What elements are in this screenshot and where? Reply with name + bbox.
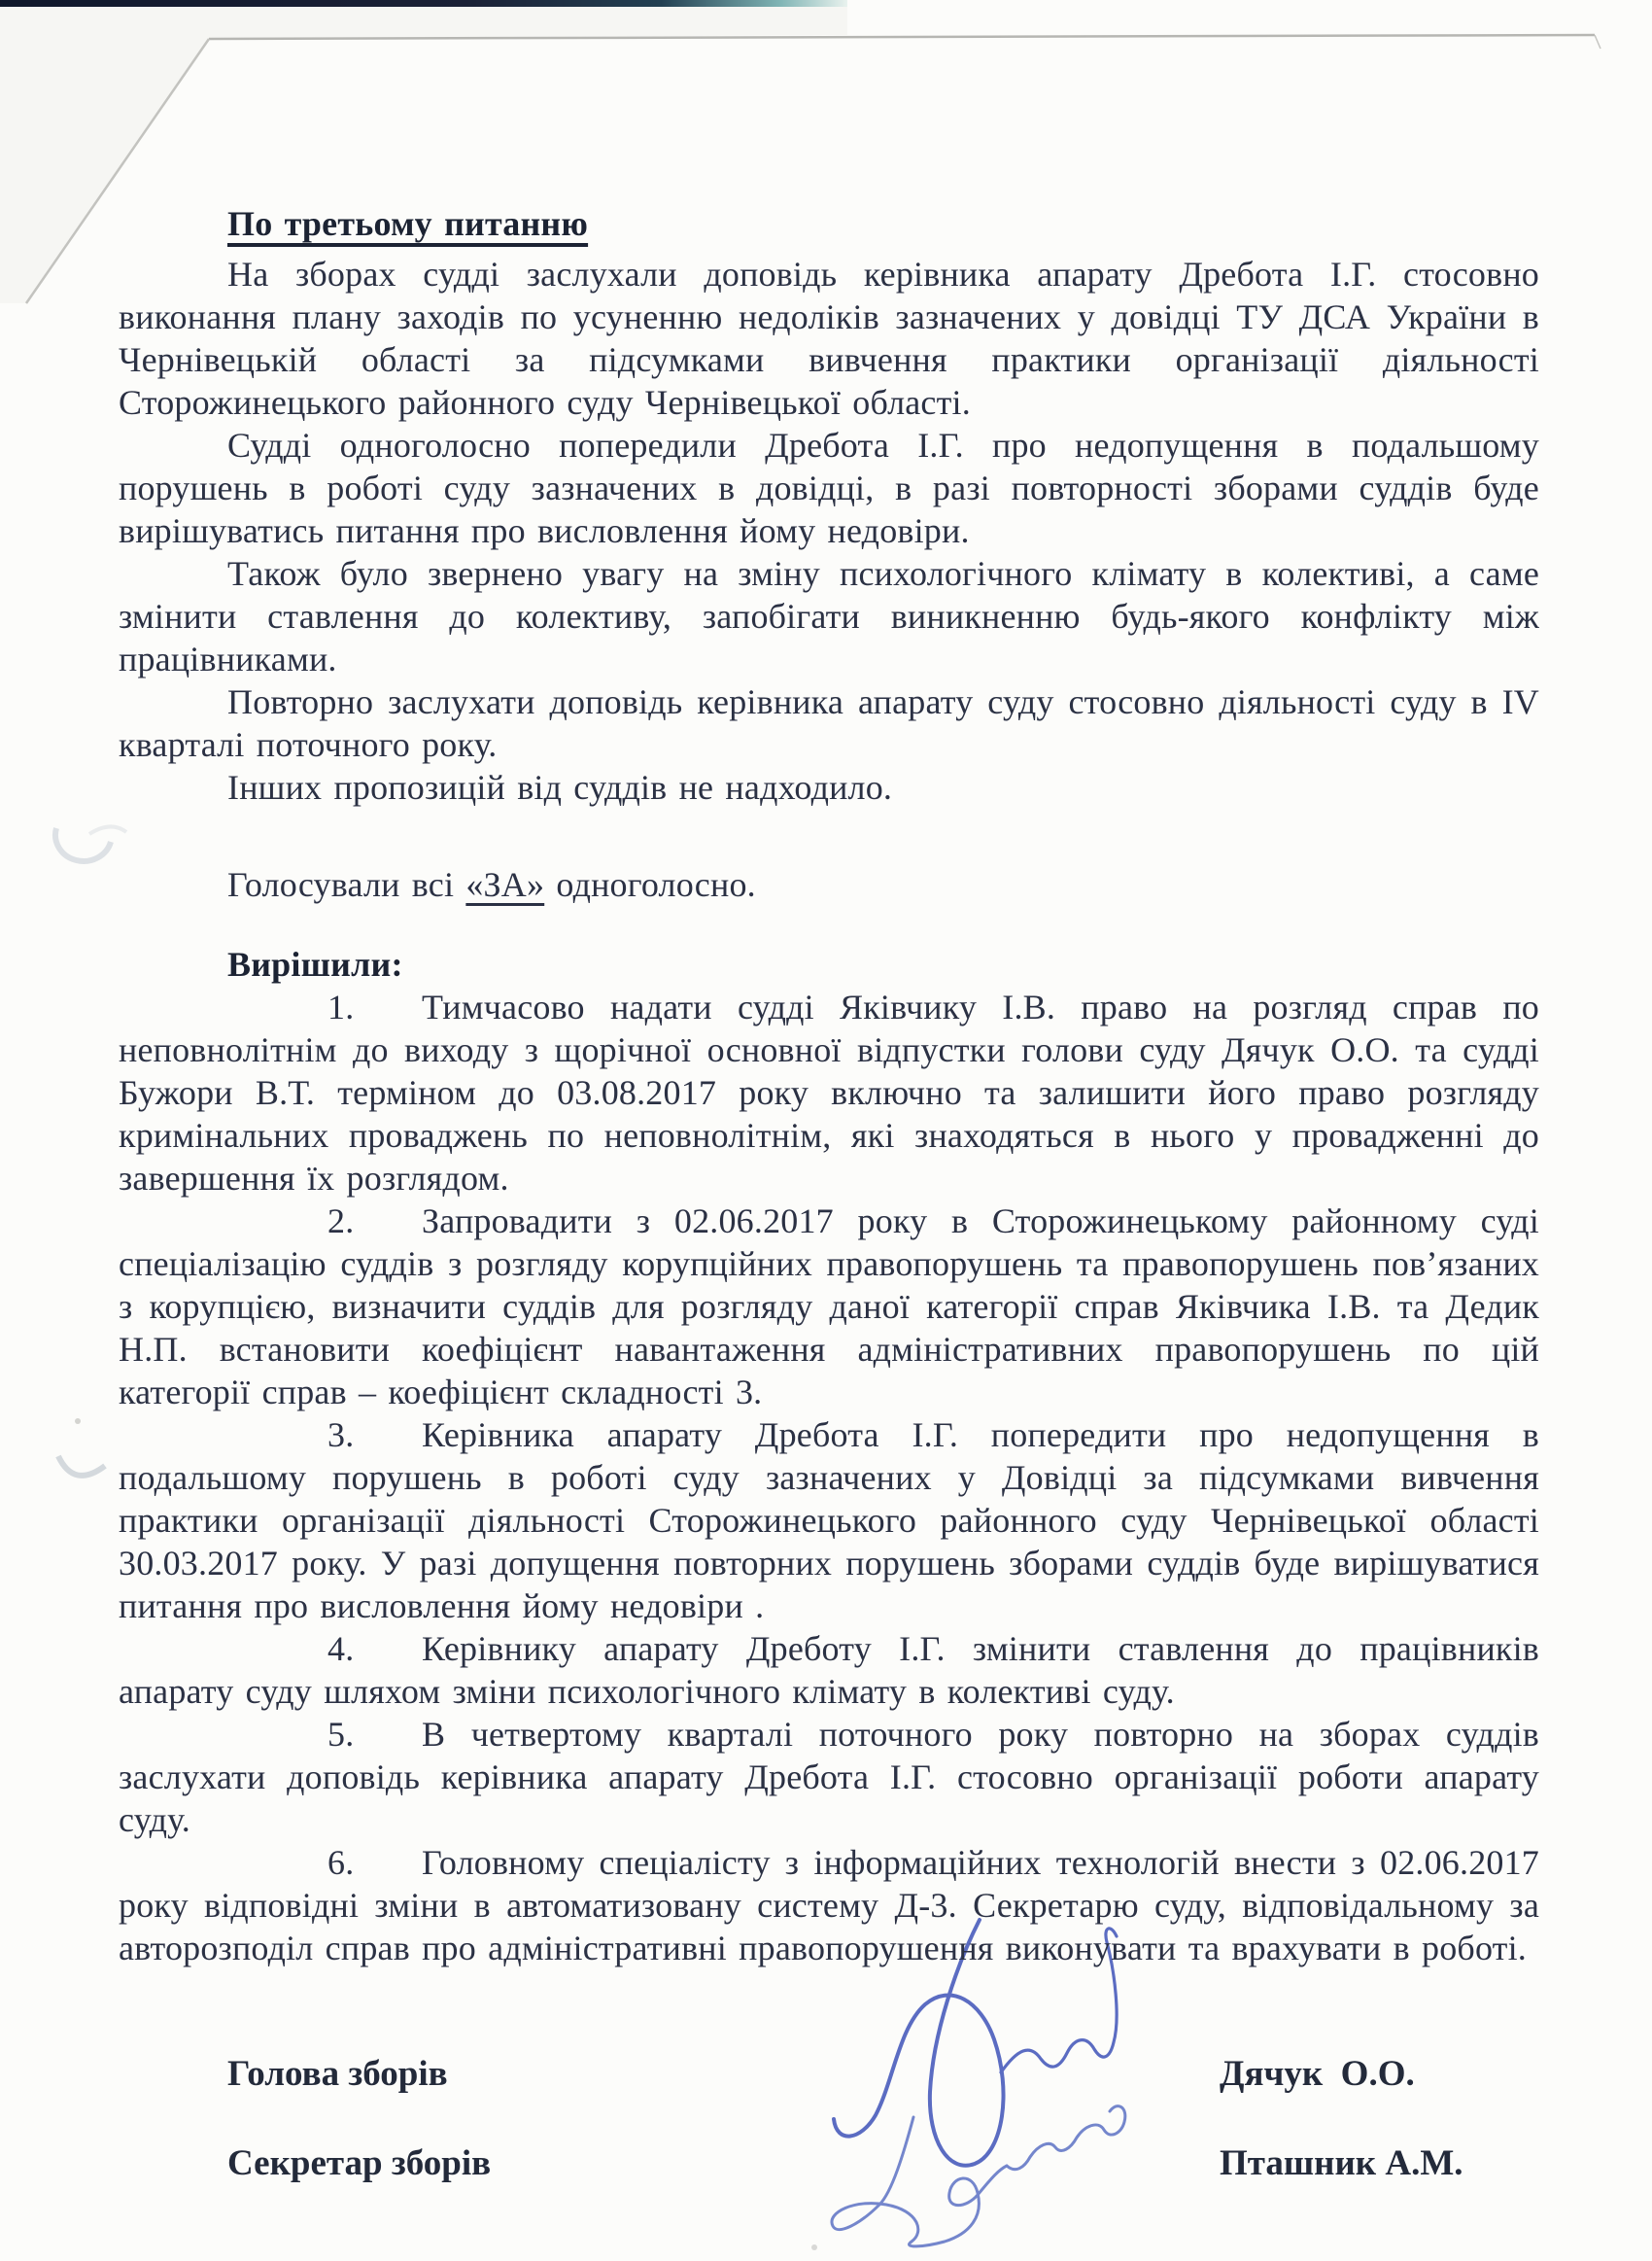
scanned-court-document: { "document": { "heading": "По третьому … [0,0,1652,2261]
speck-left-margin [75,1418,81,1424]
signature-ptashnyk [832,2106,1125,2246]
decision-number-2: 2. [327,1200,422,1242]
decision-number-3: 3. [327,1413,422,1456]
paragraph-no-proposals: Інших пропозицій від суддів не надходило… [119,766,1539,809]
voting-result-line: Голосували всі «ЗА» одноголосно. [119,863,1539,906]
decision-number-1: 1. [327,986,422,1028]
decision-item-6: 6.Головному спеціалісту з інформаційних … [119,1841,1539,1969]
voting-vote: «ЗА» [465,865,544,904]
speck-bottom-center [811,2244,817,2250]
scanner-edge-bar [0,0,847,7]
section-heading-text: По третьому питанню [227,204,588,243]
page-corner-tick [1595,35,1600,49]
document-body: По третьому питанню На зборах судді засл… [119,202,1539,1969]
decision-item-3: 3.Керівника апарату Дребота І.Г. поперед… [119,1413,1539,1627]
paragraph-climate: Також було звернено увагу на зміну психо… [119,552,1539,680]
scanned-page: По третьому питанню На зборах судді засл… [0,0,1652,2261]
decision-item-2: 2.Запровадити з 02.06.2017 року в Сторож… [119,1200,1539,1413]
decision-item-1: 1.Тимчасово надати судді Яківчику І.В. п… [119,986,1539,1200]
voting-suffix: одноголосно. [544,865,756,904]
decision-number-5: 5. [327,1713,422,1756]
voting-prefix: Голосували всі [227,865,465,904]
smudge-crescent-bottom [58,1456,105,1476]
resolved-heading: Вирішили: [119,943,1539,986]
paragraph-repeat-report: Повторно заслухати доповідь керівника ап… [119,680,1539,766]
decision-item-5: 5.В четвертому кварталі поточного року п… [119,1713,1539,1841]
section-heading: По третьому питанню [119,202,1539,245]
decision-number-6: 6. [327,1841,422,1884]
smudge-crescent-top [55,828,111,861]
decision-item-4: 4.Керівнику апарату Дреботу І.Г. змінити… [119,1627,1539,1713]
paragraph-warning: Судді одноголосно попередили Дребота І.Г… [119,424,1539,552]
decision-number-4: 4. [327,1627,422,1670]
paragraph-report: На зборах судді заслухали доповідь керів… [119,253,1539,424]
